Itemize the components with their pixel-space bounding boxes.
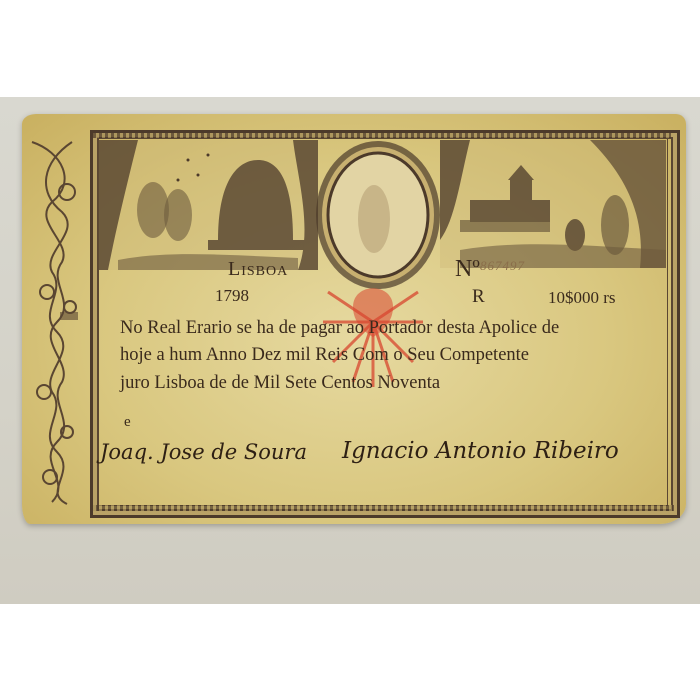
closing-mark: e xyxy=(124,414,131,431)
signature-1: Joaq. Jose de Soura xyxy=(100,440,307,464)
issue-year: 1798 xyxy=(215,286,249,306)
signature-2: Ignacio Antonio Ribeiro xyxy=(342,438,619,464)
series-letter: R xyxy=(472,286,485,308)
vignette-shepherd-village xyxy=(440,140,666,268)
note-text-line-3: juro Lisboa de de Mil Sete Centos Novent… xyxy=(120,373,440,394)
note-text-line-1: No Real Erario se ha de pagar ao Portado… xyxy=(120,318,559,339)
number-label: Nº xyxy=(455,256,480,283)
note-text-line-2: hoje a hum Anno Dez mil Reis Com o Seu C… xyxy=(120,345,529,366)
denomination: 10$000 rs xyxy=(548,288,616,308)
serial-number: 867497 xyxy=(480,258,525,274)
left-scroll-ornament xyxy=(22,132,90,510)
city-label: Lisboa xyxy=(228,258,288,281)
vignette-cherubs-beehive xyxy=(98,140,318,270)
bottom-border-pattern xyxy=(90,505,674,511)
